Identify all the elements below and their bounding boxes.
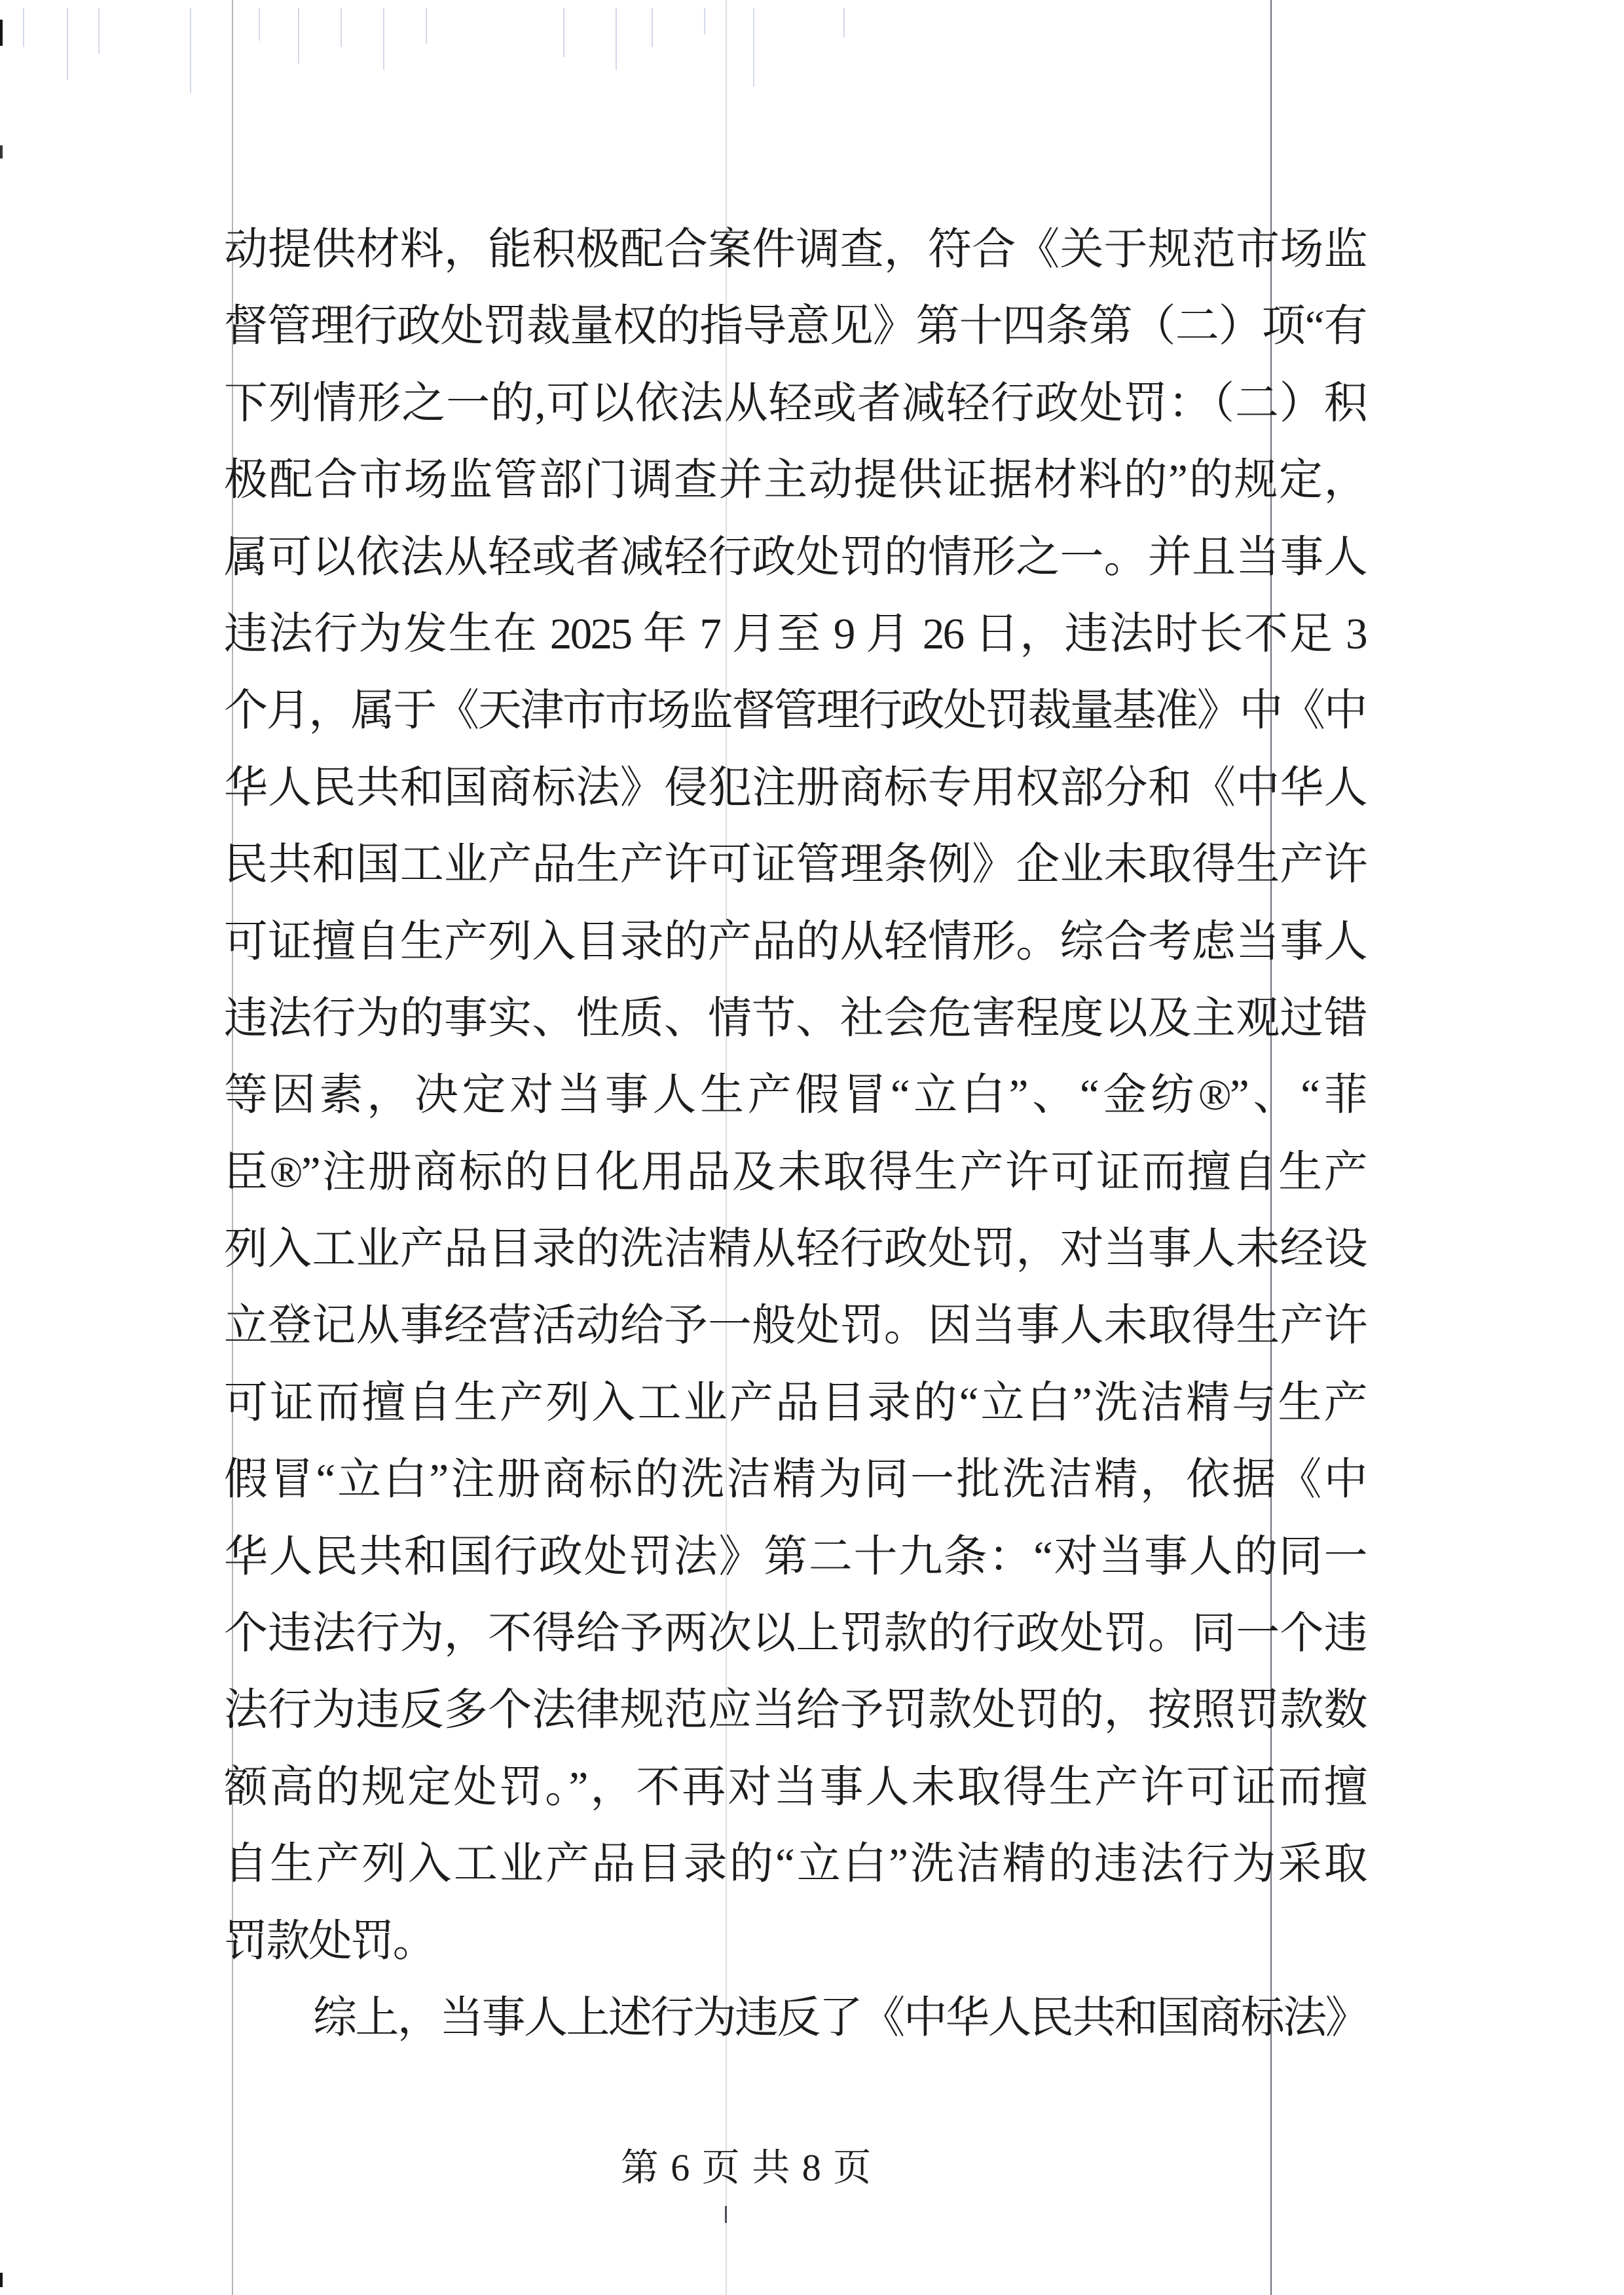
- scan-tick-mark: [843, 8, 845, 37]
- scan-tick-mark: [23, 8, 24, 47]
- text-line: 自生产列入工业产品目录的“立白”洗洁精的违法行为采取: [224, 1826, 1366, 1903]
- text-line: 额高的规定处罚。”，不再对当事人未取得生产许可证而擅: [224, 1749, 1366, 1826]
- text-line: 违法行为发生在 2025 年 7 月至 9 月 26 日，违法时长不足 3: [224, 596, 1366, 673]
- scan-tick-mark: [616, 8, 617, 70]
- scan-tick-mark: [704, 8, 705, 34]
- text-line: 民共和国工业产品生产许可证管理条例》企业未取得生产许: [224, 827, 1366, 903]
- scan-tick-mark: [190, 8, 191, 93]
- scan-tick-mark: [259, 8, 260, 41]
- text-line: 极配合市场监管部门调查并主动提供证据材料的”的规定，: [224, 442, 1366, 519]
- text-line: 属可以依法从轻或者减轻行政处罚的情形之一。并且当事人: [224, 519, 1366, 596]
- text-line: 罚款处罚。: [224, 1903, 1366, 1980]
- scan-edge-mark: [0, 20, 3, 46]
- scan-tick-mark: [341, 8, 342, 47]
- scan-tick-mark: [383, 8, 384, 70]
- scan-tick-mark: [298, 8, 299, 64]
- text-line: 等因素，决定对当事人生产假冒“立白”、“金纺®”、“菲: [224, 1057, 1366, 1134]
- scanned-document-page: 动提供材料，能积极配合案件调查，符合《关于规范市场监 督管理行政处罚裁量权的指导…: [0, 0, 1624, 2295]
- text-line: 违法行为的事实、性质、情节、社会危害程度以及主观过错: [224, 980, 1366, 1057]
- text-line-paragraph-start: 综上，当事人上述行为违反了《中华人民共和国商标法》: [224, 1980, 1366, 2057]
- page-footer: 第 6 页 共 8 页: [0, 2136, 1493, 2192]
- text-line: 法行为违反多个法律规范应当给予罚款处罚的，按照罚款数: [224, 1672, 1366, 1749]
- document-body-text: 动提供材料，能积极配合案件调查，符合《关于规范市场监 督管理行政处罚裁量权的指导…: [224, 212, 1366, 2057]
- text-line: 立登记从事经营活动给予一般处罚。因当事人未取得生产许: [224, 1288, 1366, 1364]
- text-line: 个月，属于《天津市市场监督管理行政处罚裁量基准》中《中: [224, 673, 1366, 749]
- text-line: 动提供材料，能积极配合案件调查，符合《关于规范市场监: [224, 212, 1366, 288]
- scan-tick-mark: [563, 8, 564, 57]
- text-line: 可证而擅自生产列入工业产品目录的“立白”洗洁精与生产: [224, 1365, 1366, 1442]
- scan-streak-dash: [725, 2206, 727, 2223]
- scan-tick-mark: [652, 8, 653, 47]
- text-line: 可证擅自生产列入目录的产品的从轻情形。综合考虑当事人: [224, 904, 1366, 980]
- scan-tick-mark: [426, 8, 427, 44]
- text-line: 华人民共和国商标法》侵犯注册商标专用权部分和《中华人: [224, 750, 1366, 827]
- text-line: 臣®”注册商标的日化用品及未取得生产许可证而擅自生产: [224, 1134, 1366, 1211]
- text-line: 列入工业产品目录的洗洁精从轻行政处罚，对当事人未经设: [224, 1211, 1366, 1288]
- text-line: 下列情形之一的,可以依法从轻或者减轻行政处罚：（二）积: [224, 365, 1366, 442]
- text-line: 假冒“立白”注册商标的洗洁精为同一批洗洁精，依据《中: [224, 1442, 1366, 1518]
- text-line: 个违法行为，不得给予两次以上罚款的行政处罚。同一个违: [224, 1595, 1366, 1672]
- scan-tick-mark: [98, 8, 100, 54]
- scan-edge-mark: [0, 145, 3, 159]
- scan-tick-mark: [753, 8, 754, 86]
- text-line: 督管理行政处罚裁量权的指导意见》第十四条第（二）项“有: [224, 288, 1366, 365]
- scan-tick-mark: [67, 8, 68, 80]
- scan-edge-mark: [0, 2273, 3, 2287]
- text-line: 华人民共和国行政处罚法》第二十九条：“对当事人的同一: [224, 1519, 1366, 1595]
